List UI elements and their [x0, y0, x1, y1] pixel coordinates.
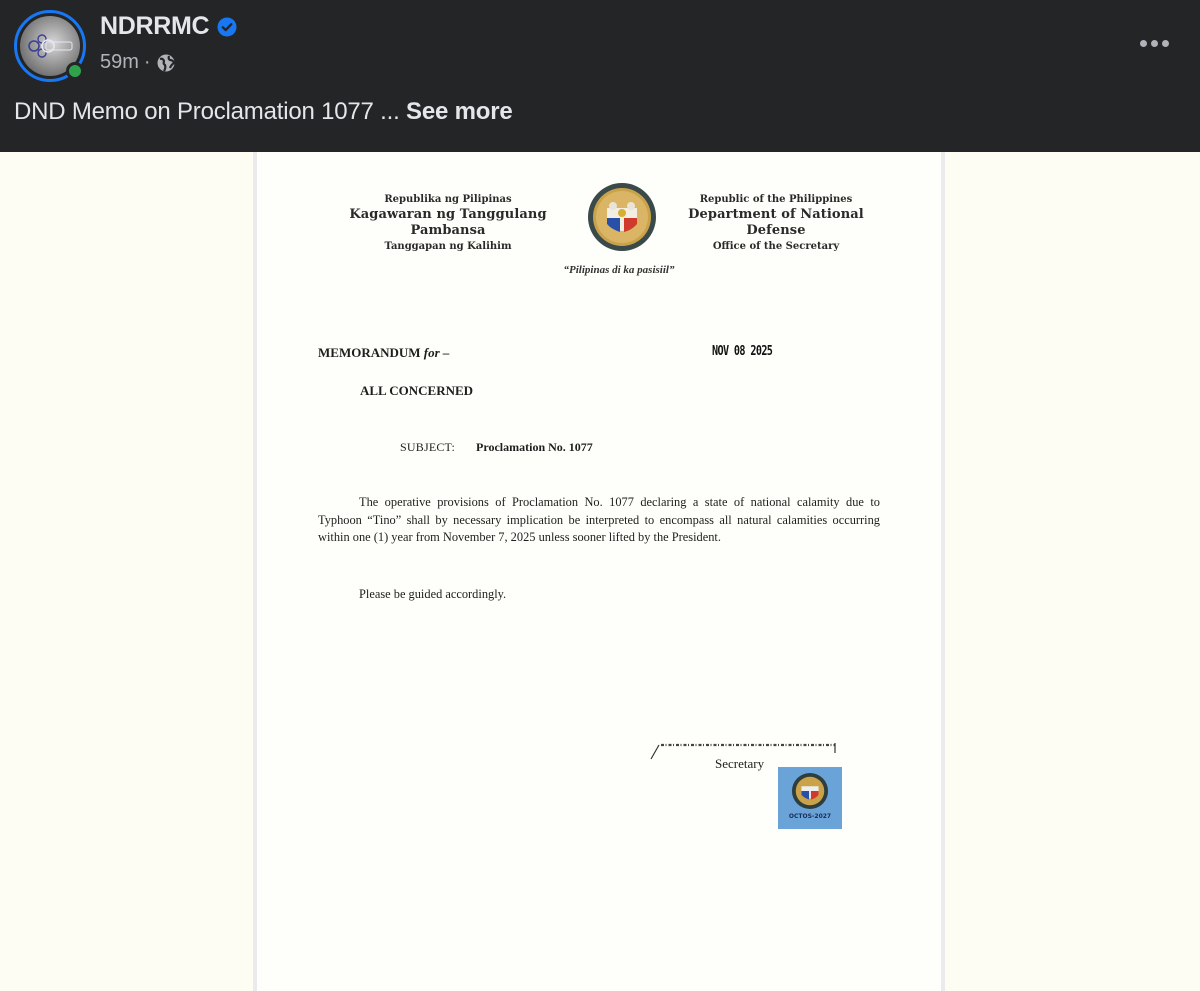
ellipsis-dot: [1151, 40, 1158, 47]
letterhead-line: Kagawaran ng Tanggulang Pambansa: [317, 207, 579, 239]
signatory-title: Secretary: [715, 756, 764, 772]
memo-for-line: MEMORANDUM for –: [318, 345, 449, 361]
memo-for-suffix: for –: [424, 345, 450, 360]
dnd-seal-icon: [791, 772, 829, 810]
meta-separator: ·: [144, 51, 151, 74]
post-timestamp[interactable]: 59m: [100, 51, 139, 74]
letterhead-english: Republic of the Philippines Department o…: [663, 192, 889, 254]
letterhead-line: Department of National Defense: [663, 207, 889, 239]
page-avatar[interactable]: [14, 10, 86, 82]
letterhead-line: Office of the Secretary: [663, 239, 889, 254]
post-header: NDRRMC 59m · DND Memo on Proclamation 10…: [0, 0, 1200, 152]
globe-icon: [156, 53, 176, 73]
ndrrmc-logo-icon: [26, 30, 74, 62]
verified-badge-icon: [217, 17, 237, 37]
letterhead-line: Tanggapan ng Kalihim: [317, 239, 579, 254]
online-status-icon: [66, 62, 84, 80]
letterhead-filipino: Republika ng Pilipinas Kagawaran ng Tang…: [317, 192, 579, 254]
post-caption: DND Memo on Proclamation 1077 ... See mo…: [14, 98, 513, 126]
memo-page: Republika ng Pilipinas Kagawaran ng Tang…: [253, 152, 945, 991]
ellipsis-dot: [1162, 40, 1169, 47]
subject-line: SUBJECT: Proclamation No. 1077: [400, 440, 593, 455]
post-attachment-image[interactable]: Republika ng Pilipinas Kagawaran ng Tang…: [0, 152, 1200, 991]
addressee: ALL CONCERNED: [360, 383, 473, 399]
memo-closing: Please be guided accordingly.: [359, 587, 506, 602]
page-name[interactable]: NDRRMC: [100, 12, 209, 41]
subject-value: Proclamation No. 1077: [476, 440, 593, 454]
date-stamp: NOV 08 2025: [712, 344, 772, 359]
see-more-link[interactable]: See more: [406, 98, 512, 125]
page-name-link[interactable]: NDRRMC: [100, 12, 237, 41]
letterhead-line: Republic of the Philippines: [663, 192, 889, 207]
ellipsis-dot: [1140, 40, 1147, 47]
memo-for-label: MEMORANDUM: [318, 345, 421, 360]
motto: “Pilipinas di ka pasisiil”: [257, 264, 941, 276]
receiving-stamp: OCTOS-2027: [778, 767, 842, 829]
letterhead-line: Republika ng Pilipinas: [317, 192, 579, 207]
more-options-button[interactable]: [1132, 26, 1176, 60]
subject-label: SUBJECT:: [400, 440, 455, 454]
post-meta: 59m ·: [100, 51, 176, 74]
memo-body: The operative provisions of Proclamation…: [318, 494, 880, 547]
dnd-seal-icon: [587, 182, 657, 252]
stamp-code: OCTOS-2027: [789, 813, 831, 820]
caption-text: DND Memo on Proclamation 1077 ...: [14, 98, 400, 125]
